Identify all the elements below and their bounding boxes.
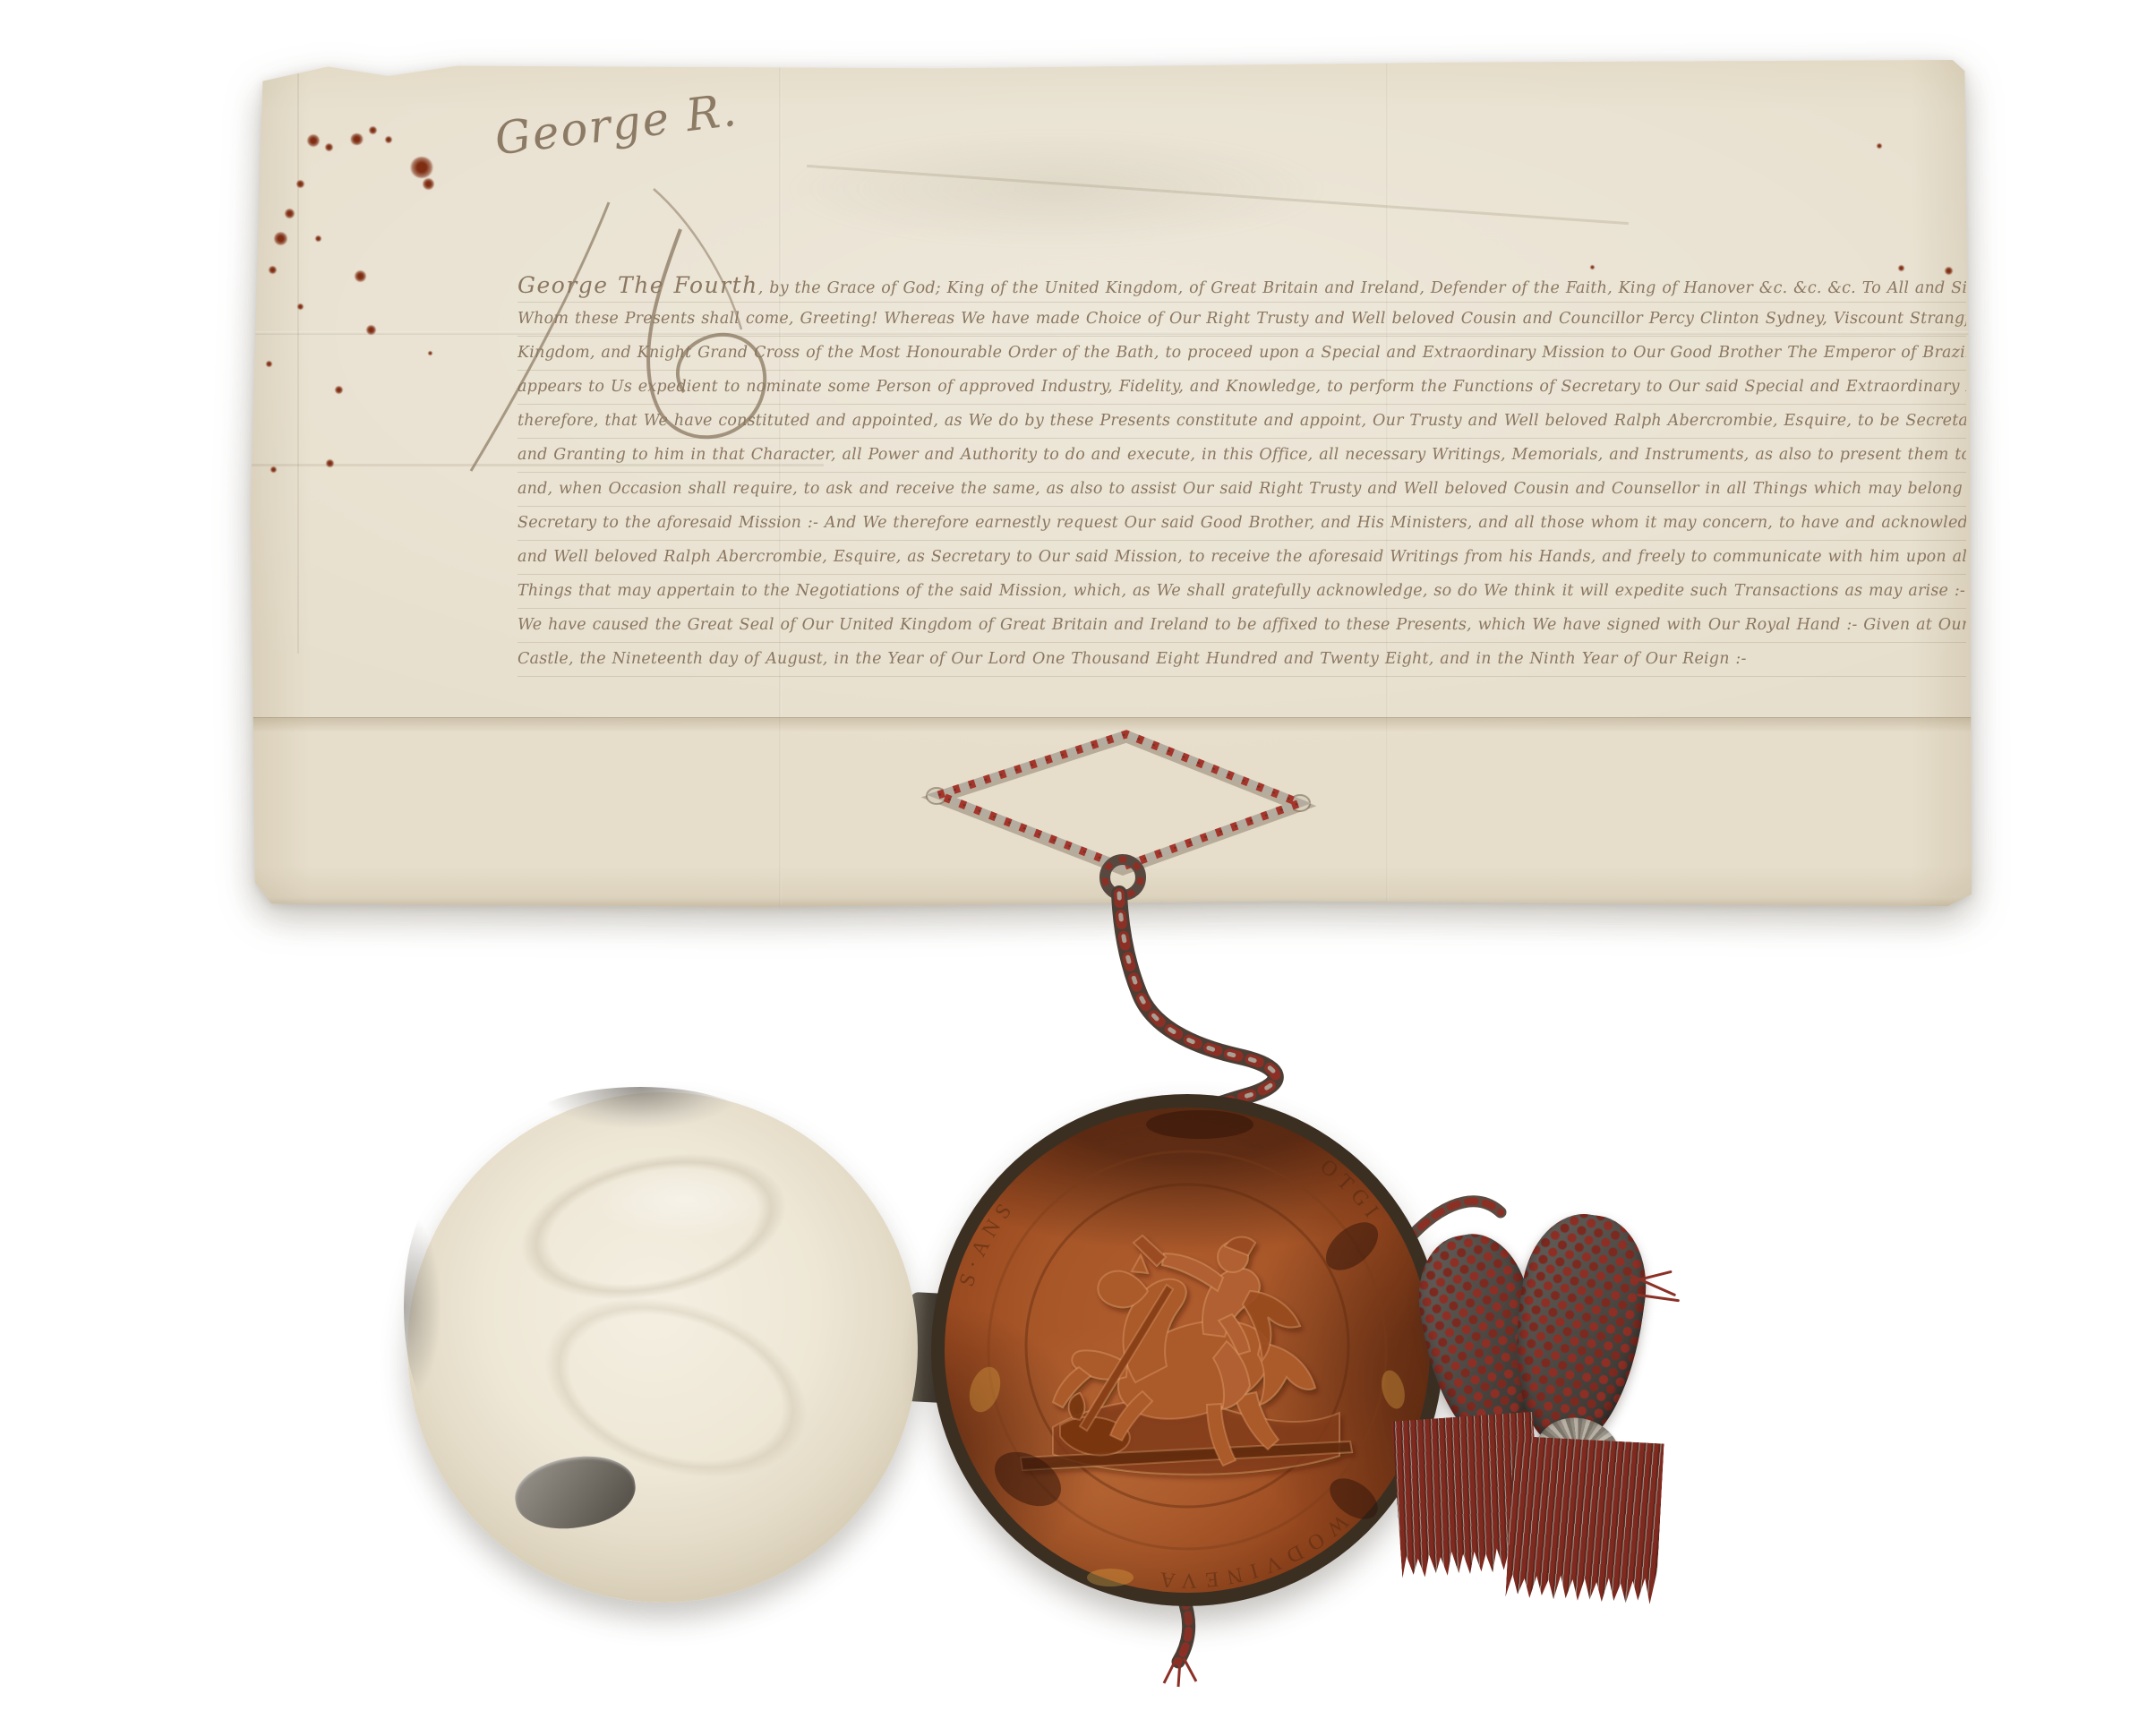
- seal-relief: S·ANS OTGI WODVINEVA: [931, 1094, 1443, 1606]
- svg-text:OTGI: OTGI: [1315, 1155, 1386, 1227]
- text-line: Whom these Presents shall come, Greeting…: [518, 303, 1966, 337]
- text-line: appears to Us expedient to nominate some…: [518, 371, 1966, 405]
- plica-fold: [251, 717, 1972, 908]
- text-line: and Well beloved Ralph Abercrombie, Esqu…: [518, 541, 1966, 575]
- stain-spot: [297, 304, 304, 310]
- svg-text:S·ANS: S·ANS: [955, 1194, 1021, 1289]
- text-line: and Granting to him in that Character, a…: [518, 439, 1966, 473]
- stain-spot: [315, 235, 321, 242]
- line-continuation: , by the Grace of God; King of the Unite…: [758, 279, 1966, 297]
- opening-words: George The Fourth: [518, 272, 758, 298]
- fold-crease: [807, 165, 1629, 225]
- stain-spot: [285, 209, 295, 218]
- stain-spot: [350, 133, 364, 145]
- exposed-silver-patch: [510, 1449, 641, 1536]
- stain-spot: [326, 459, 334, 467]
- stain-spot: [1877, 143, 1882, 149]
- photograph-stage: George R. George The Fourth, by the Grac…: [0, 0, 2156, 1719]
- text-line: Castle, the Nineteenth day of August, in…: [518, 643, 1966, 677]
- stain-spot: [369, 126, 377, 134]
- document-text: George The Fourth, by the Grace of God; …: [518, 269, 1966, 677]
- stain-spot: [325, 143, 333, 151]
- seal-inscription-left: S·ANS: [955, 1194, 1021, 1289]
- equestrian-figure: [1021, 1236, 1352, 1475]
- parchment-document: George R. George The Fourth, by the Grac…: [251, 59, 1972, 908]
- text-line: George The Fourth, by the Grace of God; …: [518, 269, 1966, 303]
- text-line: therefore, that We have constituted and …: [518, 405, 1966, 439]
- lining-wrinkle: [551, 1146, 819, 1253]
- stain-spot: [307, 134, 320, 147]
- stain-spot: [335, 386, 343, 394]
- stain-spot: [269, 266, 277, 274]
- stain-spot: [270, 466, 277, 473]
- text-line: Secretary to the aforesaid Mission :- An…: [518, 507, 1966, 541]
- tassel-fringe-right: [1505, 1436, 1664, 1605]
- stain-spot: [366, 325, 376, 335]
- text-line: and, when Occasion shall require, to ask…: [518, 473, 1966, 507]
- seal-inscription-bottom: WODVINEVA: [1151, 1509, 1352, 1592]
- great-seal: S·ANS OTGI WODVINEVA: [931, 1094, 1443, 1606]
- text-line: Things that may appertain to the Negotia…: [518, 575, 1966, 609]
- tassels: [1402, 1178, 1698, 1626]
- stain-spot: [296, 180, 304, 188]
- text-line: We have caused the Great Seal of Our Uni…: [518, 609, 1966, 643]
- fold-crease: [297, 59, 299, 654]
- stain-spot: [274, 232, 287, 245]
- skippet-lid: [407, 1092, 918, 1603]
- stain-spot: [266, 361, 272, 367]
- seal-inscription-right: OTGI: [1315, 1155, 1386, 1227]
- stain-spot: [355, 270, 366, 282]
- svg-text:WODVINEVA: WODVINEVA: [1151, 1509, 1352, 1592]
- text-line: Kingdom, and Knight Grand Cross of the M…: [518, 337, 1966, 371]
